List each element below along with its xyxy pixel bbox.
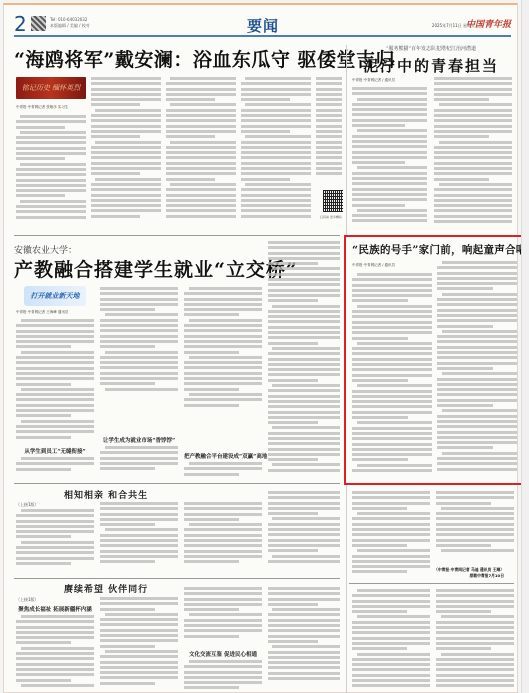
bottom-left-1-col-3 <box>184 502 262 574</box>
bottom-left-2-subhead: 聚焦成长福祉 拓展新疆杯内涵 <box>16 605 94 613</box>
jobs-subhead-1: 从学生到员工“无缝衔接” <box>16 447 94 455</box>
featured-col-2 <box>437 261 517 481</box>
column-divider-bottom <box>346 485 347 693</box>
jobs-col-2 <box>100 287 178 399</box>
right-top-col-2 <box>434 77 512 232</box>
contact-editors: 本版编辑 / 美编 / 校对 <box>50 23 90 29</box>
lead-headline[interactable]: “海鸥将军”戴安澜：浴血东瓜守 驱倭堂吉归 <box>14 45 395 72</box>
newspaper-logo: 中国青年报 <box>466 17 511 30</box>
featured-headline[interactable]: “民族的号手”家门前，响起童声合唱 <box>352 242 516 257</box>
right-top-col-1 <box>352 87 427 232</box>
bottom-left-2-col-3b <box>184 660 262 693</box>
lead-banner-image: 铭记历史 缅怀英烈 <box>16 77 86 99</box>
bottom-left-1-col-4 <box>268 491 340 576</box>
qr-caption: 扫码看 更多精彩 <box>320 215 342 219</box>
contact-info: Tel: 010-64032032 本版编辑 / 美编 / 校对 <box>50 17 90 29</box>
jobs-col-2b <box>100 446 178 476</box>
lead-col-3 <box>166 77 236 230</box>
lead-col-2 <box>91 77 161 230</box>
right-top-byline: 中青报·中青网记者 / 通讯员 <box>352 78 395 83</box>
viewer-scrollbar[interactable] <box>521 0 529 693</box>
featured-source: 原载中青报7月10日 <box>469 573 504 579</box>
masthead-qr-icon <box>31 16 46 31</box>
right-top-headline[interactable]: 泥泞中的青春担当 <box>351 55 511 76</box>
bottom-left-tag-2: （上接1版） <box>16 597 39 603</box>
jobs-subhead-2: 让学生成为就业市场“香饽饽” <box>100 436 178 444</box>
bottom-left-tag-1: （上接1版） <box>16 502 39 508</box>
jobs-col-3b <box>184 462 262 480</box>
bottom-left-title-2[interactable]: 赓续希望 伙伴同行 <box>64 582 148 595</box>
bottom-left-title-1[interactable]: 相知相亲 和合共生 <box>64 488 148 501</box>
bottom-left-1-col-1 <box>16 509 94 574</box>
featured-col-1 <box>352 273 432 481</box>
qr-code-icon[interactable] <box>323 190 343 212</box>
featured-byline: 中青报·中青网记者 / 通讯员 <box>352 263 395 268</box>
newspaper-page: 2 Tel: 010-64032032 本版编辑 / 美编 / 校对 要闻 20… <box>3 3 518 693</box>
bottom-left-2-col-1 <box>16 615 94 693</box>
section-title: 要闻 <box>247 15 279 36</box>
bottom-divider-1 <box>14 483 340 484</box>
bottom-right-col-2 <box>436 589 514 693</box>
jobs-subhead-3: 把产教融合平台建设成“双赢”高地 <box>184 452 262 460</box>
masthead: 2 Tel: 010-64032032 本版编辑 / 美编 / 校对 要闻 20… <box>14 13 511 37</box>
lead-col-5 <box>316 77 342 187</box>
bottom-left-1-col-2 <box>100 502 178 574</box>
jobs-byline: 中青报·中青网记者 王海峰 通讯员 <box>16 310 68 315</box>
right-top-kicker: “服务熊猫”百年发志队犯塔杞江治河潜道 <box>351 45 511 52</box>
lead-col-1 <box>16 115 86 230</box>
bottom-left-2-col-4 <box>268 587 340 693</box>
featured-cont-col-2 <box>436 491 514 563</box>
bottom-divider-2 <box>14 578 340 579</box>
jobs-headline[interactable]: 产教融合搭建学生就业“立交桥” <box>14 255 298 282</box>
bottom-left-2-col-2 <box>100 597 178 693</box>
jobs-col-1b <box>16 457 94 477</box>
jobs-col-1 <box>16 319 94 444</box>
jobs-col-4 <box>268 241 340 481</box>
column-divider <box>346 45 347 235</box>
bottom-left-2-col-3 <box>184 587 262 647</box>
lead-col-4 <box>241 77 311 230</box>
page-number: 2 <box>14 13 27 35</box>
jobs-col-3 <box>184 287 262 417</box>
bottom-mid-subhead: 文化交流互鉴 促进民心相通 <box>184 650 262 658</box>
bottom-divider-3 <box>349 583 514 584</box>
bottom-right-col-1 <box>352 589 430 693</box>
lead-byline: 中青报·中青网记者 张敏彦 实习生 <box>16 105 68 110</box>
section-divider <box>14 235 340 236</box>
jobs-column-logo: 打开就业新天地 <box>24 286 86 306</box>
featured-cont-col-1 <box>352 491 430 583</box>
